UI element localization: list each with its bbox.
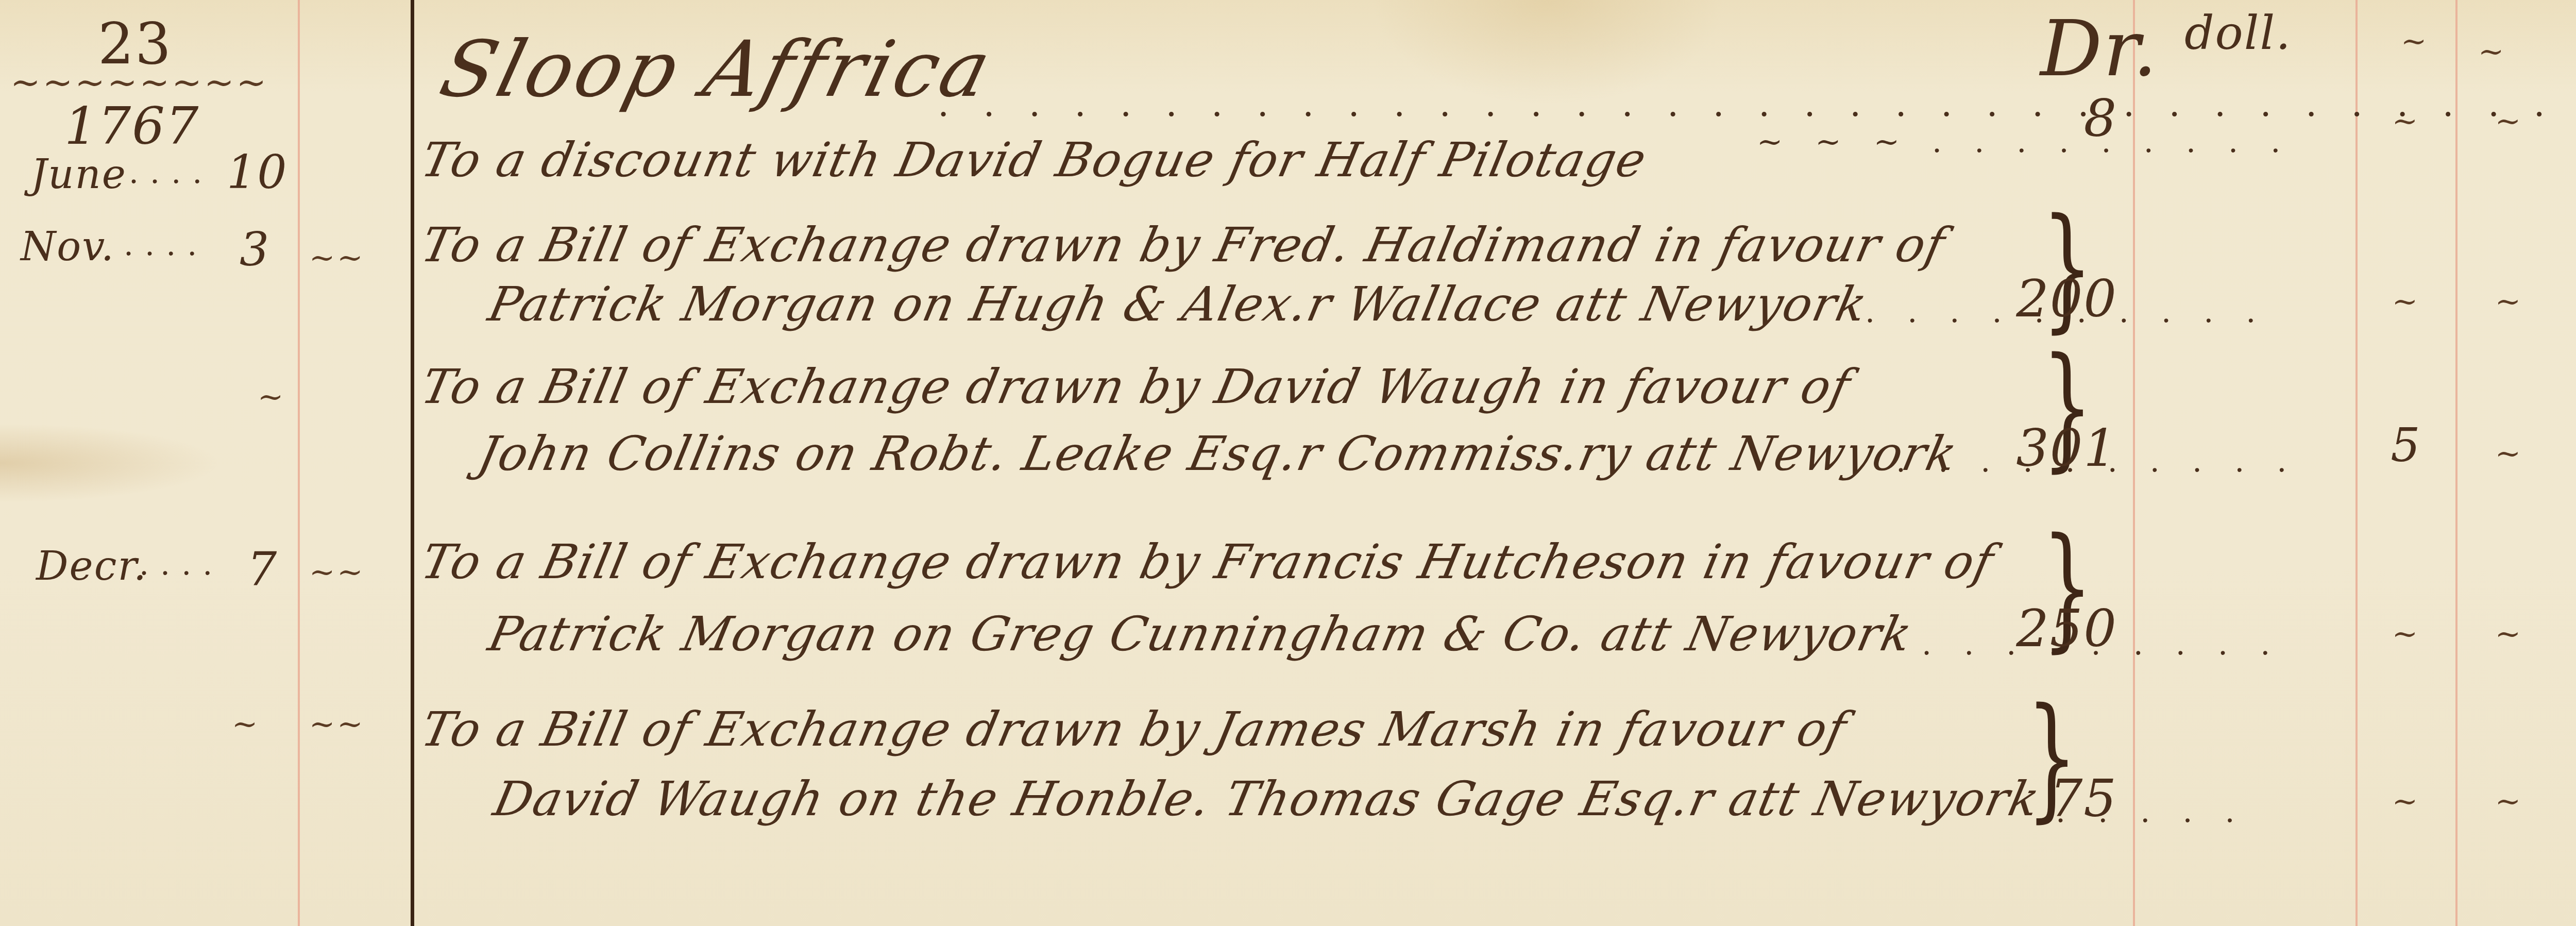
entry-dollars: 301 bbox=[1901, 423, 2117, 474]
entry-day: ~ bbox=[258, 381, 285, 412]
fraction-column-rule bbox=[2355, 0, 2358, 926]
entry-line-2: Patrick Morgan on Greg Cunningham & Co. … bbox=[484, 611, 1917, 658]
date-leader-dots: .... bbox=[129, 155, 213, 191]
entry-folio: ~~ bbox=[309, 709, 365, 739]
entry-dollars: 250 bbox=[1901, 603, 2117, 654]
entry-line-2: John Collins on Robt. Leake Esq.r Commis… bbox=[474, 430, 1961, 478]
fraction2-header: ~ bbox=[2478, 36, 2506, 67]
particulars-margin-rule bbox=[411, 0, 414, 926]
entry-fraction2: ~ bbox=[2463, 106, 2555, 137]
dollars-header: doll. bbox=[2184, 10, 2292, 57]
entry-line-1: To a Bill of Exchange drawn by James Mar… bbox=[417, 706, 1851, 753]
entry-line-2: Patrick Morgan on Hugh & Alex.r Wallace … bbox=[484, 281, 1872, 328]
fraction2-column-rule bbox=[2455, 0, 2458, 926]
title-leader-dots: . . . . . . . . . . . . . . . . . . . . … bbox=[938, 82, 2576, 125]
entry-dollars: 75 bbox=[1901, 773, 2117, 824]
ledger-page: 23 ~~~~~~~~ 1767 Sloop Affrica . . . . .… bbox=[0, 0, 2576, 926]
entry-fraction2: ~ bbox=[2463, 438, 2555, 469]
page-number-underline: ~~~~~~~~ bbox=[10, 64, 268, 100]
entry-fraction2: ~ bbox=[2463, 286, 2555, 317]
entry-fraction: 5 bbox=[2360, 423, 2452, 469]
entry-line-1: To a discount with David Bogue for Half … bbox=[417, 137, 1651, 184]
account-title: Sloop Affrica bbox=[433, 31, 1000, 108]
entry-fraction: ~ bbox=[2360, 786, 2452, 817]
entry-dollars: 8 bbox=[1901, 93, 2117, 144]
entry-folio: ~~ bbox=[309, 242, 365, 273]
year: 1767 bbox=[64, 100, 200, 152]
date-leader-dots: .... bbox=[124, 227, 208, 263]
entry-fraction: ~ bbox=[2360, 286, 2452, 317]
entry-fraction2: ~ bbox=[2463, 618, 2555, 649]
entry-line-1: To a Bill of Exchange drawn by Francis H… bbox=[417, 538, 1998, 586]
entry-dollars: 200 bbox=[1901, 273, 2117, 325]
entry-line-1: To a Bill of Exchange drawn by David Wau… bbox=[417, 363, 1855, 411]
entry-fraction2: ~ bbox=[2463, 786, 2555, 817]
entry-fraction: ~ bbox=[2360, 618, 2452, 649]
entry-line-1: To a Bill of Exchange drawn by Fred. Hal… bbox=[417, 222, 1950, 269]
entry-month: Nov. bbox=[21, 227, 115, 267]
entry-month: June bbox=[31, 155, 127, 195]
entry-month: Decr. bbox=[36, 546, 147, 586]
entry-day: 7 bbox=[247, 546, 278, 593]
entry-fraction: ~ bbox=[2360, 106, 2452, 137]
date-leader-dots: .... bbox=[139, 546, 224, 582]
entry-day: 3 bbox=[240, 227, 270, 273]
entry-day: 10 bbox=[227, 149, 288, 196]
date-column-rule bbox=[298, 0, 300, 926]
entry-line-2: David Waugh on the Honble. Thomas Gage E… bbox=[489, 776, 2044, 823]
debit-marker: Dr. bbox=[2040, 10, 2158, 88]
entry-day: ~ bbox=[232, 709, 260, 739]
entry-folio: ~~ bbox=[309, 557, 365, 587]
fraction-header: ~ bbox=[2401, 26, 2429, 57]
